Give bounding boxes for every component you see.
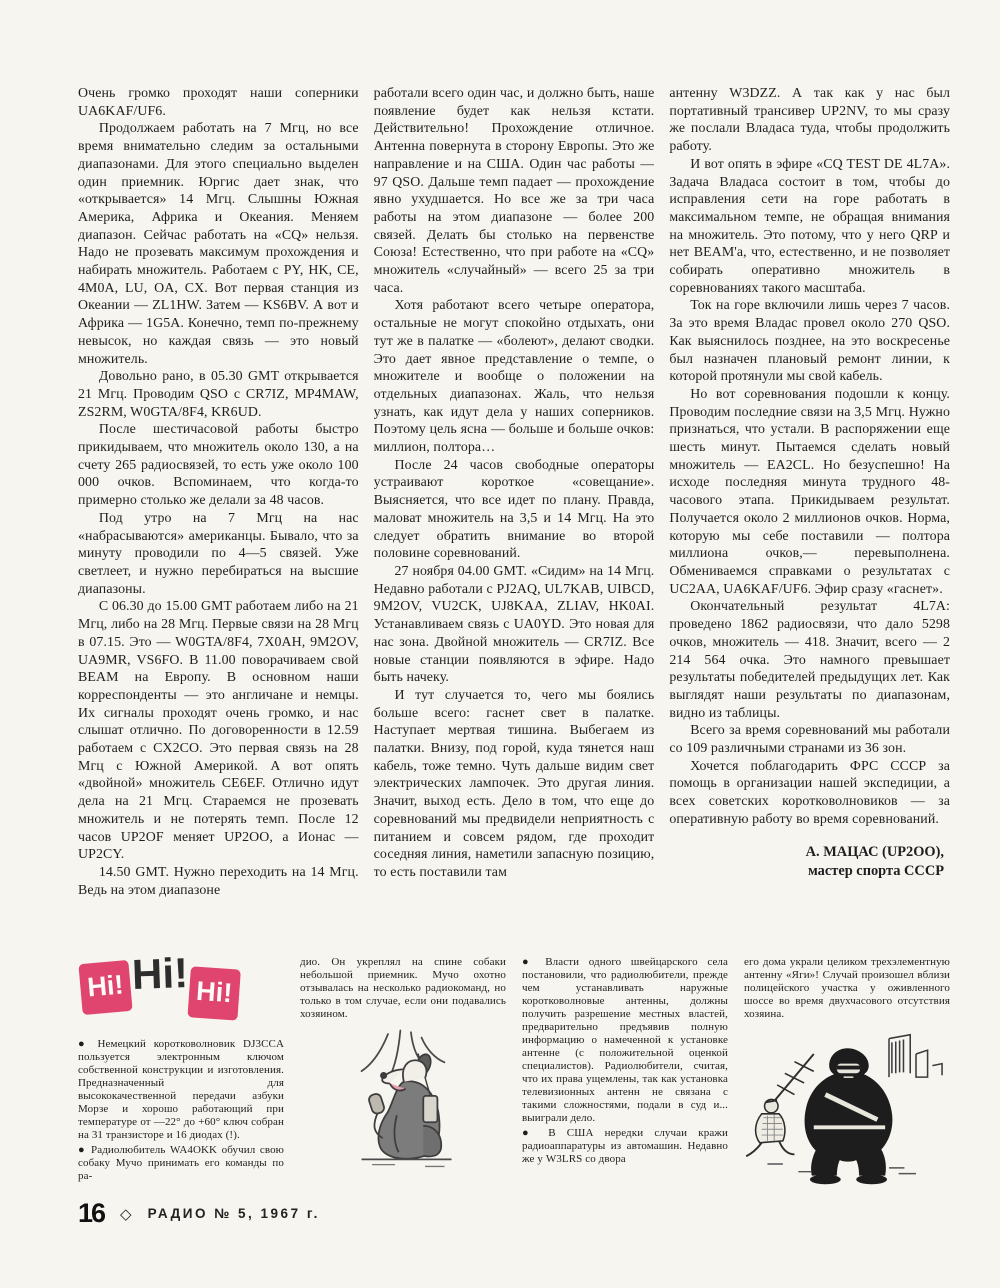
author-signature: А. МАЦАС (UP2OO), мастер спорта СССР <box>669 843 950 881</box>
humor-column-3-text: ● Власти одного швейцарского села постан… <box>522 956 728 1166</box>
paragraph: антенну W3DZZ. А так как у нас был порта… <box>669 85 950 156</box>
hi-badge-icon: Hi! <box>187 966 240 1020</box>
humor-column-1: Hi!Hi!Hi! ● Немецкий коротковолновик DJ3… <box>78 956 284 1196</box>
paragraph: Очень громко проходят наши соперники UA6… <box>78 85 359 120</box>
paragraph: Окончательный результат 4L7A: проведено … <box>669 598 950 722</box>
paragraph: Хотя работают всего четыре оператора, ос… <box>374 297 655 456</box>
diamond-icon: ◇ <box>120 1205 132 1223</box>
humor-column-3: ● Власти одного швейцарского села постан… <box>522 956 728 1196</box>
paragraph: дио. Он укреплял на спине собаки небольш… <box>300 956 506 1021</box>
author-name: А. МАЦАС (UP2OO), <box>669 843 944 862</box>
paragraph: После шестичасовой работы быстро прикиды… <box>78 421 359 510</box>
paragraph: работали всего один час, и должно быть, … <box>374 85 655 297</box>
page-number: 16 <box>78 1198 104 1229</box>
page-footer: 16 ◇ РАДИО № 5, 1967 г. <box>78 1198 320 1229</box>
paragraph: ● В США нередки случаи кражи радиоаппара… <box>522 1127 728 1166</box>
humor-column-4: его дома украли целиком трехэлементную а… <box>744 956 950 1196</box>
hi-hi-hi-logo: Hi!Hi!Hi! <box>78 956 284 1030</box>
paragraph: 27 ноября 04.00 GMT. «Сидим» на 14 Мгц. … <box>374 563 655 687</box>
paragraph: И вот опять в эфире «CQ TEST DE 4L7A». З… <box>669 156 950 298</box>
magazine-page: Очень громко проходят наши соперники UA6… <box>0 0 1000 1288</box>
paragraph: ● Радиолюбитель WA4OKK обучил свою собак… <box>78 1144 284 1183</box>
paragraph: С 06.30 до 15.00 GMT работаем либо на 21… <box>78 598 359 864</box>
paragraph: Хочется поблагодарить ФРС СССР за помощь… <box>669 758 950 829</box>
article-column-3-text: антенну W3DZZ. А так как у нас был порта… <box>669 85 950 829</box>
dog-with-radio-cartoon-icon <box>318 1027 488 1177</box>
paragraph: Продолжаем работать на 7 Мгц, но все вре… <box>78 120 359 368</box>
paragraph: Но вот соревнования подошли к концу. Про… <box>669 386 950 598</box>
paragraph: Всего за время соревнований мы работали … <box>669 722 950 757</box>
humor-column-4-text: его дома украли целиком трехэлементную а… <box>744 956 950 1021</box>
article-columns: Очень громко проходят наши соперники UA6… <box>78 85 950 947</box>
paragraph: ● Немецкий коротковолновик DJ3CCA пользу… <box>78 1038 284 1142</box>
paragraph: Ток на горе включили лишь через 7 часов.… <box>669 297 950 386</box>
humor-column-2-text: дио. Он укреплял на спине собаки небольш… <box>300 956 506 1021</box>
paragraph: его дома украли целиком трехэлементную а… <box>744 956 950 1021</box>
article-column-2: работали всего один час, и должно быть, … <box>374 85 655 947</box>
hi-text-icon: Hi! <box>131 956 188 995</box>
journal-issue-label: РАДИО № 5, 1967 г. <box>148 1206 320 1221</box>
author-title: мастер спорта СССР <box>669 862 944 881</box>
paragraph: Под утро на 7 Мгц на нас «набрасываются»… <box>78 510 359 599</box>
humor-column-2: дио. Он укреплял на спине собаки небольш… <box>300 956 506 1196</box>
paragraph: ● Власти одного швейцарского села постан… <box>522 956 728 1125</box>
hi-badge-icon: Hi! <box>78 960 132 1015</box>
humor-section: Hi!Hi!Hi! ● Немецкий коротковолновик DJ3… <box>78 956 950 1196</box>
article-column-1: Очень громко проходят наши соперники UA6… <box>78 85 359 947</box>
paragraph: После 24 часов свободные операторы устра… <box>374 457 655 563</box>
paragraph: Довольно рано, в 05.30 GMT открывается 2… <box>78 368 359 421</box>
paragraph: И тут случается то, чего мы боялись боль… <box>374 687 655 882</box>
policeman-antenna-thief-cartoon-icon <box>744 1027 950 1191</box>
paragraph: 14.50 GMT. Нужно переходить на 14 Мгц. В… <box>78 864 359 899</box>
article-column-3: антенну W3DZZ. А так как у нас был порта… <box>669 85 950 947</box>
humor-column-1-text: ● Немецкий коротковолновик DJ3CCA пользу… <box>78 1038 284 1183</box>
